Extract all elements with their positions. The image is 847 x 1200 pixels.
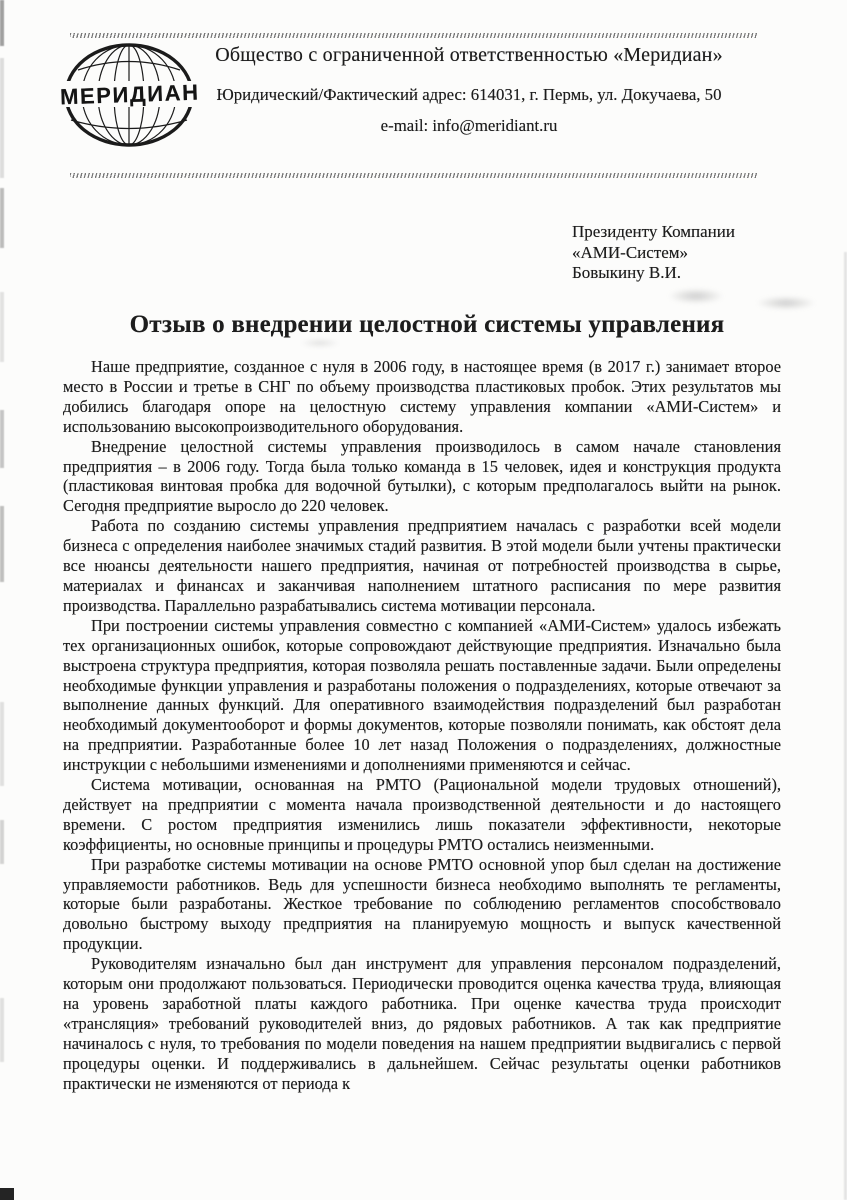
scan-artifact <box>0 998 4 1062</box>
scanned-letter-page: МЕРИДИАН Общество с ограниченной ответст… <box>0 0 847 1200</box>
recipient-line-company: «АМИ-Систем» <box>572 243 735 264</box>
body-paragraph-4: При построении системы управления совмес… <box>63 616 781 775</box>
scan-artifact <box>0 292 4 362</box>
body-paragraph-2: Внедрение целостной системы управления п… <box>63 437 781 517</box>
company-email: e-mail: info@meridiant.ru <box>183 116 755 136</box>
scan-artifact <box>300 338 340 348</box>
recipient-line-name: Бовыкину В.И. <box>572 263 735 284</box>
company-logo: МЕРИДИАН <box>58 40 200 152</box>
document-title: Отзыв о внедрении целостной системы упра… <box>68 311 786 339</box>
scan-artifact <box>0 188 4 248</box>
company-name: Общество с ограниченной ответственностью… <box>183 43 755 67</box>
recipient-line-position: Президенту Компании <box>572 222 735 243</box>
scan-artifact <box>0 506 4 582</box>
scan-artifact <box>668 288 724 304</box>
scan-artifact <box>0 410 4 468</box>
scan-artifact <box>0 820 4 864</box>
scan-artifact <box>0 702 4 786</box>
body-paragraph-6: При разработке системы мотивации на осно… <box>63 855 781 955</box>
letter-body: Наше предприятие, созданное с нуля в 200… <box>63 357 781 1094</box>
scan-artifact <box>756 296 816 310</box>
recipient-block: Президенту Компании «АМИ-Систем» Бовыкин… <box>572 222 735 284</box>
body-paragraph-7: Руководителям изначально был дан инструм… <box>63 954 781 1093</box>
letterhead-top-rule <box>70 33 758 38</box>
scan-artifact <box>0 1188 14 1200</box>
letterhead-bottom-rule <box>70 173 758 178</box>
scan-artifact <box>0 0 4 46</box>
company-address: Юридический/Фактический адрес: 614031, г… <box>183 85 755 105</box>
scan-artifact <box>0 58 4 178</box>
globe-meridian-icon: МЕРИДИАН <box>58 40 200 152</box>
body-paragraph-1: Наше предприятие, созданное с нуля в 200… <box>63 357 781 437</box>
body-paragraph-5: Система мотивации, основанная на РМТО (Р… <box>63 775 781 855</box>
letterhead-text: Общество с ограниченной ответственностью… <box>183 43 755 136</box>
body-paragraph-3: Работа по созданию системы управления пр… <box>63 516 781 616</box>
